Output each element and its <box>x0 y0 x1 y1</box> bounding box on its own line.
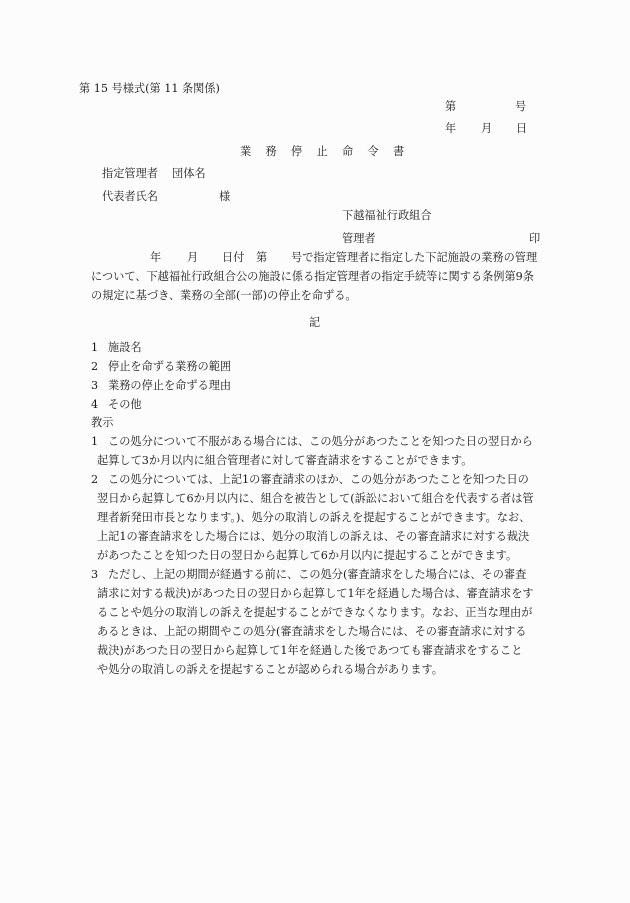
addressee-honorific: 様 <box>219 190 230 204</box>
title-char: 務 <box>266 145 292 159</box>
body-line3: の規定に基づき、業務の全部(一部)の停止を命ずる。 <box>91 289 357 303</box>
document-title: 業務停止命令書 <box>240 145 419 159</box>
notice-3-line-6: や処分の取消しの訴えを提起することが認められる場合があります。 <box>97 663 443 677</box>
body-month: 月 <box>187 251 198 265</box>
notice-2-line-1: 2この処分については、上記1の審査請求のほか、この処分があつたことを知つた日の <box>91 473 529 487</box>
date-year: 年 <box>445 122 456 136</box>
notice-2-line-2: 翌日から起算して6か月以内に、組合を被告として(訴訟において組合を代表する者は管 <box>97 492 534 506</box>
document-page: 第 15 号様式(第 11 条関係) 第 号 年 月 日 業務停止命令書 指定管… <box>0 0 630 903</box>
addressee-rep-label: 代表者氏名 <box>102 190 158 204</box>
item-3: 3業務の停止を命ずる理由 <box>91 379 231 393</box>
title-char: 止 <box>317 145 343 159</box>
item-2: 2停止を命ずる業務の範囲 <box>91 360 231 374</box>
notice-3-line-1: 3ただし、上記の期間が経過する前に、この処分(審査請求をした場合には、その審査 <box>91 568 526 582</box>
body-dai: 第 <box>256 251 267 265</box>
title-char: 停 <box>291 145 317 159</box>
body-line1-rest: 号で指定管理者に指定した下記施設の業務の管理 <box>291 251 537 265</box>
date-day: 日 <box>516 122 527 136</box>
date-month: 月 <box>481 122 492 136</box>
notice-heading: 教示 <box>91 416 113 430</box>
ref-number-dai: 第 <box>445 100 456 114</box>
body-day-ref: 日付 <box>222 251 244 265</box>
title-char: 書 <box>393 145 419 159</box>
notice-2-line-3: 理者新発田市長となります。)、処分の取消しの訴えを提起することができます。なお、 <box>97 511 530 525</box>
notice-3-line-3: ることや処分の取消しの訴えを提起することができなくなります。なお、正当な理由が <box>97 606 532 620</box>
title-char: 業 <box>240 145 266 159</box>
item-1: 1施設名 <box>91 341 142 355</box>
notice-3-line-2: 請求に対する裁決)があつた日の翌日から起算して1年を経過した場合は、審査請求をす <box>97 587 534 601</box>
ref-number-go: 号 <box>515 100 526 114</box>
notice-3-line-5: 裁決)があつた日の翌日から起算して1年を経過した後であつても審査請求をすること <box>97 644 522 658</box>
ki-heading: 記 <box>309 316 320 330</box>
body-year: 年 <box>150 251 161 265</box>
body-line2: について、下越福祉行政組合公の施設に係る指定管理者の指定手続等に関する条例第9条 <box>91 270 534 284</box>
issuer-title: 管理者 <box>342 232 376 246</box>
title-char: 令 <box>368 145 394 159</box>
notice-3-line-4: あるときは、上記の期間やこの処分(審査請求をした場合には、その審査請求に対する <box>97 625 527 639</box>
addressee-org-label: 団体名 <box>172 167 206 181</box>
notice-1-line-2: 起算して3か月以内に組合管理者に対して審査請求をすることができます。 <box>97 454 472 468</box>
addressee-role: 指定管理者 <box>102 167 158 181</box>
notice-1-line-1: 1この処分について不服がある場合には、この処分があつたことを知つた日の翌日から <box>91 435 533 449</box>
issuer-org: 下越福祉行政組合 <box>342 209 432 223</box>
issuer-seal: 印 <box>529 232 540 246</box>
title-char: 命 <box>342 145 368 159</box>
notice-2-line-5: があつたことを知つた日の翌日から起算して6か月以内に提起することができます。 <box>97 549 517 563</box>
form-label: 第 15 号様式(第 11 条関係) <box>79 82 220 96</box>
item-4: 4その他 <box>91 398 142 412</box>
notice-2-line-4: 上記1の審査請求をした場合には、処分の取消しの訴えは、その審査請求に対する裁決 <box>97 530 529 544</box>
